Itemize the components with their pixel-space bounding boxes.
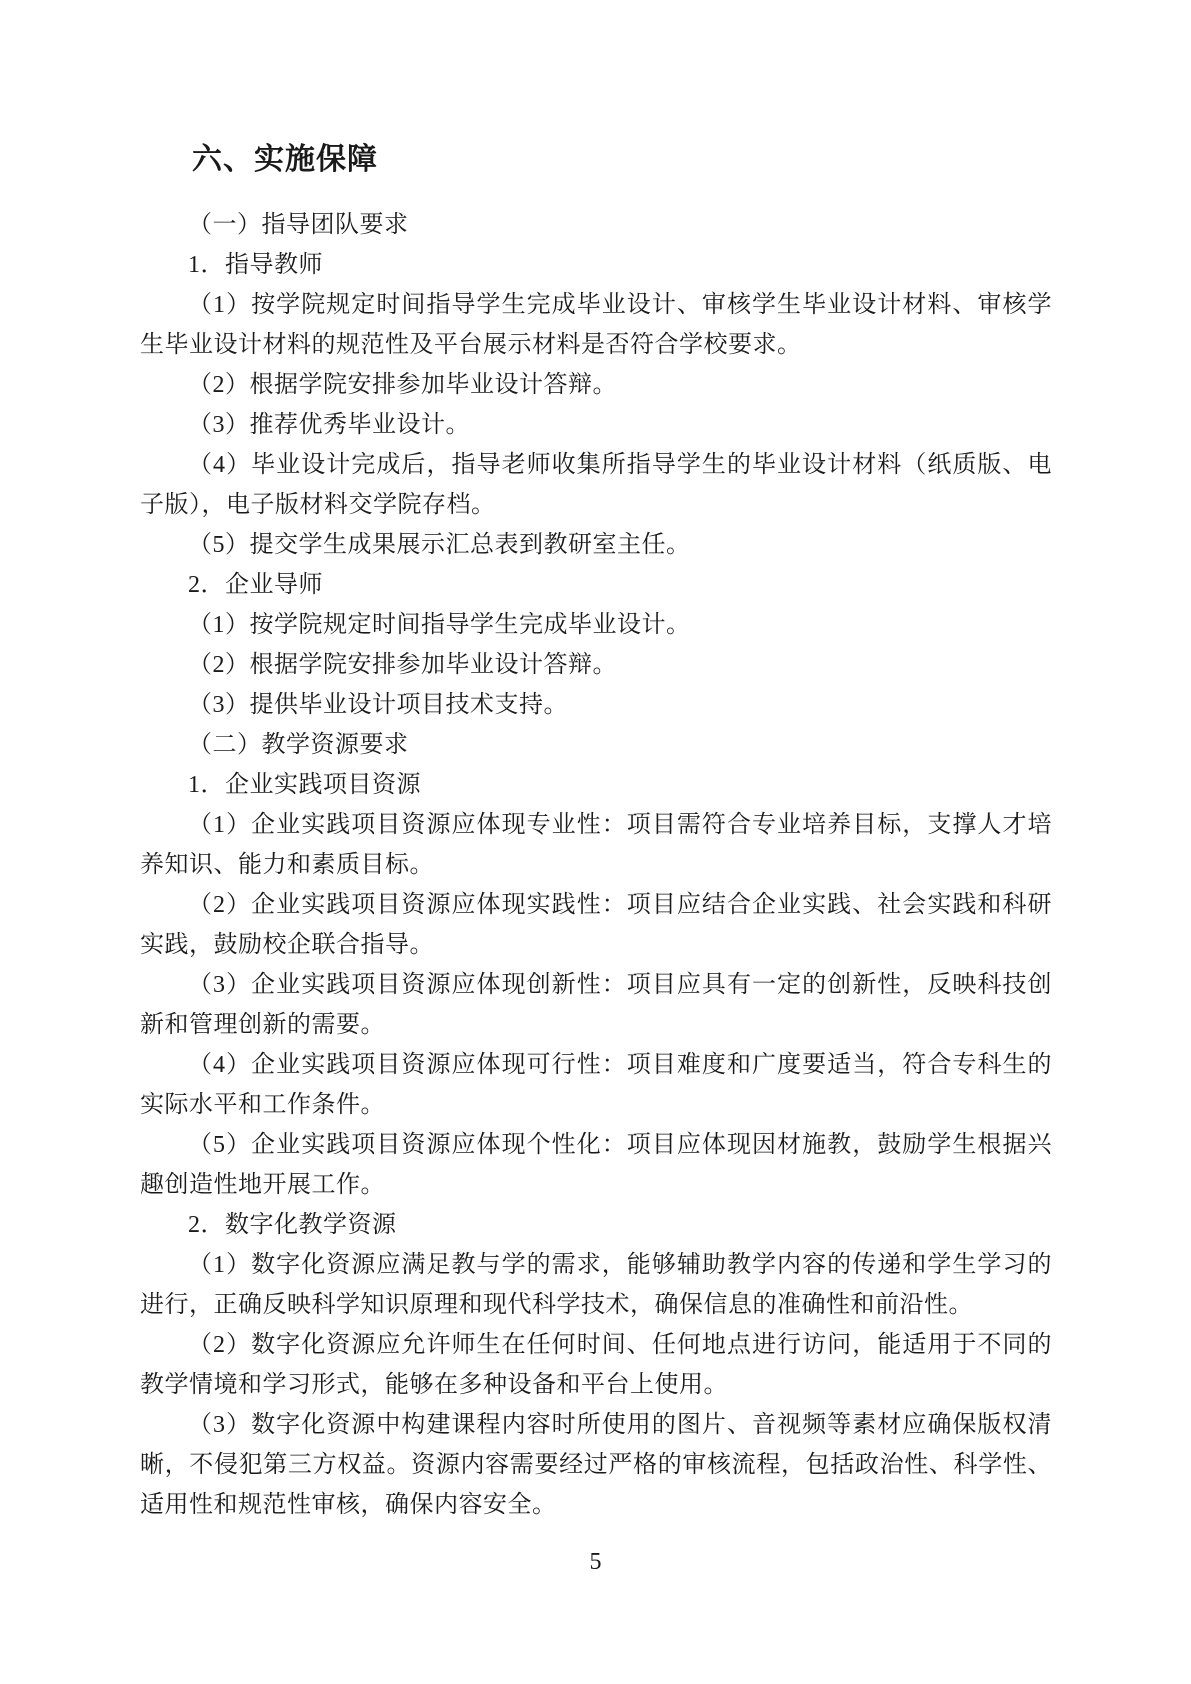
paragraph: （3）提供毕业设计项目技术支持。 [140, 685, 1052, 725]
paragraph: （2）企业实践项目资源应体现实践性：项目应结合企业实践、社会实践和科研实践，鼓励… [140, 885, 1052, 965]
document-body: （一）指导团队要求1．指导教师（1）按学院规定时间指导学生完成毕业设计、审核学生… [140, 205, 1052, 1525]
paragraph: （4）企业实践项目资源应体现可行性：项目难度和广度要适当，符合专科生的实际水平和… [140, 1045, 1052, 1125]
paragraph: （二）教学资源要求 [140, 725, 1052, 765]
paragraph: 1．指导教师 [140, 245, 1052, 285]
paragraph: （5）提交学生成果展示汇总表到教研室主任。 [140, 525, 1052, 565]
paragraph: （2）根据学院安排参加毕业设计答辩。 [140, 645, 1052, 685]
paragraph: （1）企业实践项目资源应体现专业性：项目需符合专业培养目标，支撑人才培养知识、能… [140, 805, 1052, 885]
paragraph: 2．企业导师 [140, 565, 1052, 605]
paragraph: 1．企业实践项目资源 [140, 765, 1052, 805]
paragraph: 2．数字化教学资源 [140, 1205, 1052, 1245]
paragraph: （3）企业实践项目资源应体现创新性：项目应具有一定的创新性，反映科技创新和管理创… [140, 965, 1052, 1045]
paragraph: （1）按学院规定时间指导学生完成毕业设计、审核学生毕业设计材料、审核学生毕业设计… [140, 285, 1052, 365]
paragraph: （3）数字化资源中构建课程内容时所使用的图片、音视频等素材应确保版权清晰，不侵犯… [140, 1405, 1052, 1525]
paragraph: （3）推荐优秀毕业设计。 [140, 405, 1052, 445]
document-content: 六、实施保障 （一）指导团队要求1．指导教师（1）按学院规定时间指导学生完成毕业… [140, 138, 1052, 1525]
section-heading: 六、实施保障 [140, 138, 1052, 182]
paragraph: （5）企业实践项目资源应体现个性化：项目应体现因材施教，鼓励学生根据兴趣创造性地… [140, 1125, 1052, 1205]
paragraph: （一）指导团队要求 [140, 205, 1052, 245]
paragraph: （1）按学院规定时间指导学生完成毕业设计。 [140, 605, 1052, 645]
paragraph: （2）数字化资源应允许师生在任何时间、任何地点进行访问，能适用于不同的教学情境和… [140, 1325, 1052, 1405]
document-page: 六、实施保障 （一）指导团队要求1．指导教师（1）按学院规定时间指导学生完成毕业… [0, 0, 1191, 1684]
paragraph: （2）根据学院安排参加毕业设计答辩。 [140, 365, 1052, 405]
paragraph: （1）数字化资源应满足教与学的需求，能够辅助教学内容的传递和学生学习的进行，正确… [140, 1245, 1052, 1325]
page-number: 5 [0, 1546, 1191, 1578]
paragraph: （4）毕业设计完成后，指导老师收集所指导学生的毕业设计材料（纸质版、电子版），电… [140, 445, 1052, 525]
